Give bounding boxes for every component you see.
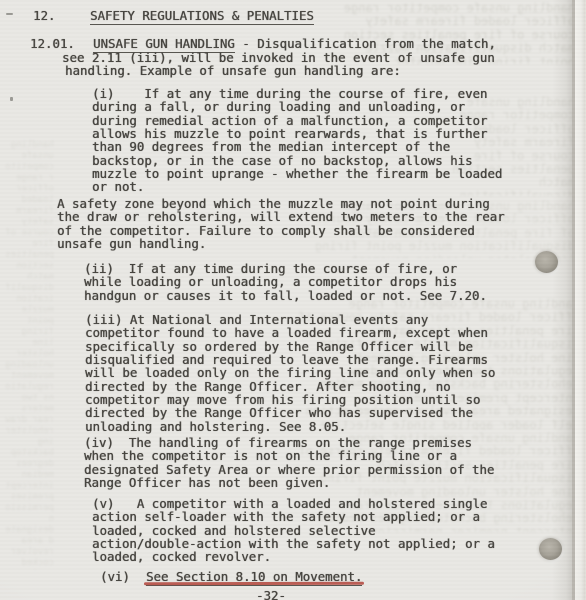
list-item-i: (i) If at any time during the course of … (92, 87, 502, 194)
list-item-v: (v) A competitor with a loaded and holst… (92, 497, 495, 564)
margin-dash-mark (6, 13, 13, 15)
subsection-heading-line: UNSAFE GUN HANDLING - Disqualification f… (93, 37, 496, 50)
list-item-iii: (iii) At National and International even… (85, 313, 495, 433)
section-title: SAFETY REGULATIONS & PENALTIES (90, 9, 314, 22)
subsection-heading-rest: - Disqualification from the match, (235, 36, 496, 51)
section-number: 12. (33, 9, 55, 22)
page-edge-outer (575, 0, 586, 600)
list-item-vi-label: (vi) (100, 570, 130, 583)
punch-hole-top (535, 251, 558, 273)
section-title-text: SAFETY REGULATIONS & PENALTIES (90, 8, 314, 25)
list-item-iv: (iv) The handling of firearms on the ran… (84, 436, 494, 489)
red-pen-underline (144, 581, 364, 584)
list-item-ii: (ii) If at any time during the course of… (84, 262, 487, 302)
page-number: -32- (256, 589, 286, 600)
page-edge-shadow (552, 0, 572, 600)
scanned-document-page: handling unsafe competitor range officer… (0, 0, 586, 600)
punch-hole-bottom (539, 538, 562, 560)
subsection-number: 12.01. (30, 37, 75, 50)
safety-zone-paragraph: A safety zone beyond which the muzzle ma… (57, 197, 505, 250)
margin-dot-mark (10, 97, 13, 101)
subsection-intro-line3: handling. Example of unsafe gun handling… (65, 64, 401, 77)
bleedthrough-ghost-left-margin: handling unsafe competitor range officer… (2, 140, 54, 570)
